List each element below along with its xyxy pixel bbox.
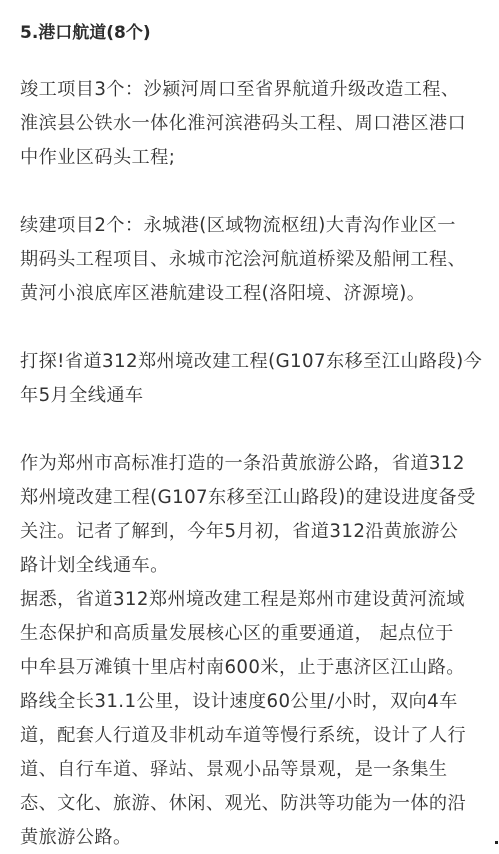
text-line: 中牟县万滩镇十里店村南600米，止于惠济区江山路。 bbox=[20, 651, 490, 685]
paragraph-spacer bbox=[20, 413, 490, 447]
text-line: 据悉，省道312郑州境改建工程是郑州市建设黄河流域 bbox=[20, 583, 490, 617]
paragraph-spacer bbox=[20, 311, 490, 345]
corner-dot-artifact bbox=[495, 841, 498, 844]
text-line: 生态保护和高质量发展核心区的重要通道， 起点位于 bbox=[20, 617, 490, 651]
text-line: 道，配套人行道及非机动车道等慢行系统，设计了人行 bbox=[20, 719, 490, 753]
text-line: 郑州境改建工程(G107东移至江山路段)的建设进度备受 bbox=[20, 481, 490, 515]
text-line: 路线全长31.1公里，设计速度60公里/小时，双向4车 bbox=[20, 685, 490, 719]
text-line: 中作业区码头工程; bbox=[20, 141, 490, 175]
text-line: 淮滨县公铁水一体化淮河滨港码头工程、周口港区港口 bbox=[20, 107, 490, 141]
text-line: 竣工项目3个：沙颍河周口至省界航道升级改造工程、 bbox=[20, 73, 490, 107]
subheadline-paragraph: 打探!省道312郑州境改建工程(G107东移至江山路段)今 年5月全线通车 bbox=[20, 345, 490, 413]
text-line: 关注。记者了解到，今年5月初，省道312沿黄旅游公 bbox=[20, 515, 490, 549]
text-line: 续建项目2个：永城港(区域物流枢纽)大青沟作业区一 bbox=[20, 209, 490, 243]
text-line: 态、文化、旅游、休闲、观光、防洪等功能为一体的沿 bbox=[20, 787, 490, 821]
text-line: 年5月全线通车 bbox=[20, 379, 490, 413]
article: 5.港口航道(8个) 竣工项目3个：沙颍河周口至省界航道升级改造工程、 淮滨县公… bbox=[20, 18, 490, 854]
section-heading: 5.港口航道(8个) bbox=[20, 18, 490, 48]
text-line: 黄河小浪底库区港航建设工程(洛阳境、济源境)。 bbox=[20, 277, 490, 311]
text-line: 路计划全线通车。 bbox=[20, 549, 490, 583]
text-line: 作为郑州市高标准打造的一条沿黄旅游公路，省道312 bbox=[20, 447, 490, 481]
text-line: 打探!省道312郑州境改建工程(G107东移至江山路段)今 bbox=[20, 345, 490, 379]
continuing-projects-paragraph: 续建项目2个：永城港(区域物流枢纽)大青沟作业区一 期码头工程项目、永城市沱浍河… bbox=[20, 209, 490, 311]
paragraph-spacer bbox=[20, 175, 490, 209]
intro-paragraph: 作为郑州市高标准打造的一条沿黄旅游公路，省道312 郑州境改建工程(G107东移… bbox=[20, 447, 490, 583]
text-line: 道、自行车道、驿站、景观小品等景观，是一条集生 bbox=[20, 753, 490, 787]
completed-projects-paragraph: 竣工项目3个：沙颍河周口至省界航道升级改造工程、 淮滨县公铁水一体化淮河滨港码头… bbox=[20, 73, 490, 175]
details-paragraph: 据悉，省道312郑州境改建工程是郑州市建设黄河流域 生态保护和高质量发展核心区的… bbox=[20, 583, 490, 854]
text-line: 期码头工程项目、永城市沱浍河航道桥梁及船闸工程、 bbox=[20, 243, 490, 277]
text-line: 黄旅游公路。 bbox=[20, 821, 490, 854]
